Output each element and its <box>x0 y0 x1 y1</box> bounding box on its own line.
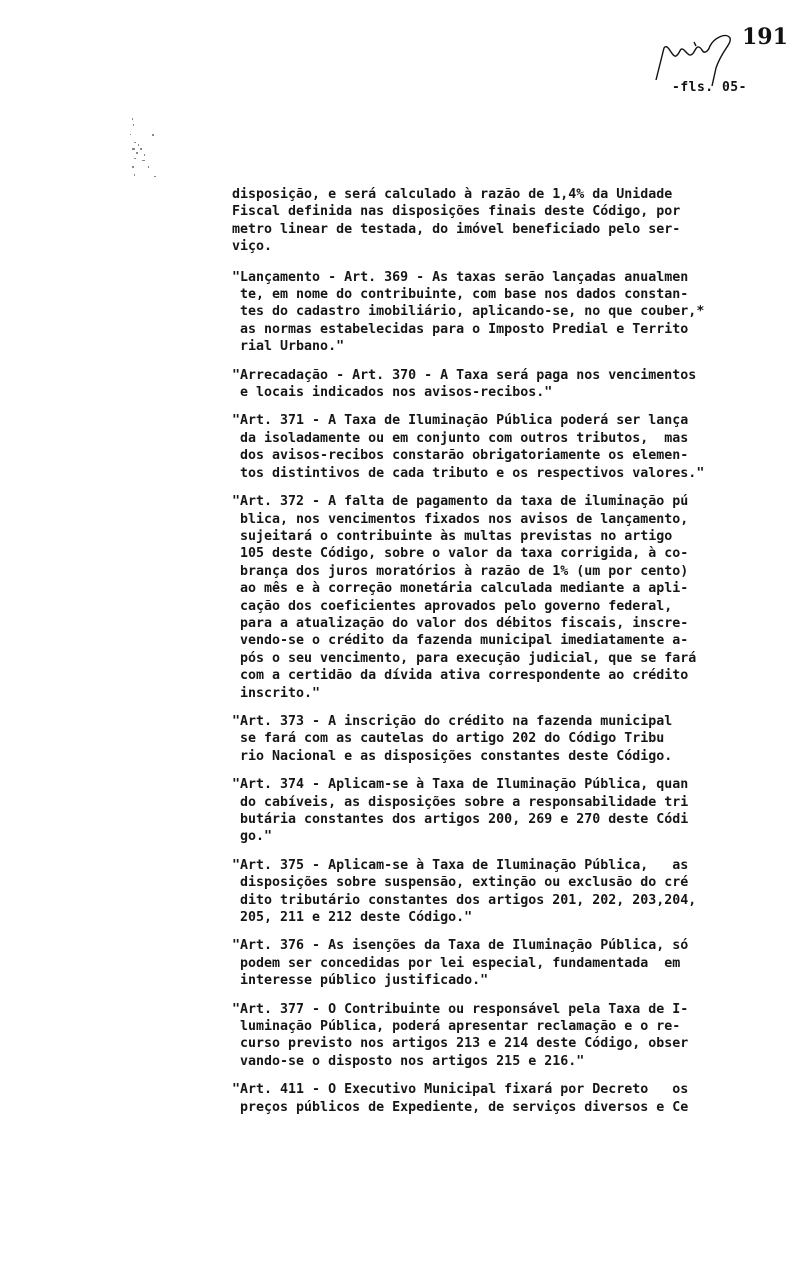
paragraph-art-373: "Art. 373 - A inscrição do crédito na fa… <box>232 713 772 765</box>
text-line: "Art. 377 - O Contribuinte ou responsáve… <box>232 1001 772 1018</box>
text-line: "Art. 374 - Aplicam-se à Taxa de Ilumina… <box>232 776 772 793</box>
text-line: do cabíveis, as disposições sobre a resp… <box>232 794 772 811</box>
text-line: pós o seu vencimento, para execução judi… <box>232 650 772 667</box>
text-line: ao mês e à correção monetária calculada … <box>232 580 772 597</box>
text-line: "Lançamento - Art. 369 - As taxas serão … <box>232 269 772 286</box>
text-line: rio Nacional e as disposições constantes… <box>232 748 772 765</box>
paragraph-art-369: "Lançamento - Art. 369 - As taxas serão … <box>232 269 772 356</box>
text-line: go." <box>232 828 772 845</box>
text-line: butária constantes dos artigos 200, 269 … <box>232 811 772 828</box>
paragraph-art-374: "Art. 374 - Aplicam-se à Taxa de Ilumina… <box>232 776 772 846</box>
paragraph-art-372: "Art. 372 - A falta de pagamento da taxa… <box>232 493 772 702</box>
text-line: interesse público justificado." <box>232 972 772 989</box>
text-line: "Art. 373 - A inscrição do crédito na fa… <box>232 713 772 730</box>
text-line: te, em nome do contribuinte, com base no… <box>232 286 772 303</box>
text-line: curso previsto nos artigos 213 e 214 des… <box>232 1035 772 1052</box>
text-line: disposição, e será calculado à razão de … <box>232 186 772 203</box>
text-line: vendo-se o crédito da fazenda municipal … <box>232 632 772 649</box>
paragraph-art-376: "Art. 376 - As isenções da Taxa de Ilumi… <box>232 937 772 989</box>
text-line: preços públicos de Expediente, de serviç… <box>232 1099 772 1116</box>
signature-initials <box>650 28 745 88</box>
text-line: blica, nos vencimentos fixados nos aviso… <box>232 511 772 528</box>
paragraph-art-377: "Art. 377 - O Contribuinte ou responsáve… <box>232 1001 772 1071</box>
paragraph-art-411: "Art. 411 - O Executivo Municipal fixará… <box>232 1081 772 1116</box>
text-line: "Art. 372 - A falta de pagamento da taxa… <box>232 493 772 510</box>
page-number: 191 <box>742 24 788 50</box>
text-line: viço. <box>232 238 772 255</box>
text-line: cação dos coeficientes aprovados pelo go… <box>232 598 772 615</box>
paragraph-art-370: "Arrecadação - Art. 370 - A Taxa será pa… <box>232 367 772 402</box>
text-line: as normas estabelecidas para o Imposto P… <box>232 321 772 338</box>
text-line: vando-se o disposto nos artigos 215 e 21… <box>232 1053 772 1070</box>
text-line: Fiscal definida nas disposições finais d… <box>232 203 772 220</box>
text-line: dito tributário constantes dos artigos 2… <box>232 892 772 909</box>
paragraph-art-375: "Art. 375 - Aplicam-se à Taxa de Ilumina… <box>232 857 772 927</box>
text-line: 205, 211 e 212 deste Código." <box>232 909 772 926</box>
text-line: metro linear de testada, do imóvel benef… <box>232 221 772 238</box>
text-line: e locais indicados nos avisos-recibos." <box>232 384 772 401</box>
text-line: inscrito." <box>232 685 772 702</box>
text-line: 105 deste Código, sobre o valor da taxa … <box>232 545 772 562</box>
margin-scan-artifact <box>122 118 162 178</box>
paragraph-continuation: disposição, e será calculado à razão de … <box>232 186 772 256</box>
text-line: se fará com as cautelas do artigo 202 do… <box>232 730 772 747</box>
folio-label: -fls. 05- <box>672 80 747 95</box>
text-line: tes do cadastro imobiliário, aplicando-s… <box>232 303 772 320</box>
text-line: tos distintivos de cada tributo e os res… <box>232 465 772 482</box>
text-line: sujeitará o contribuinte às multas previ… <box>232 528 772 545</box>
document-body: disposição, e será calculado à razão de … <box>232 186 772 1127</box>
text-line: disposições sobre suspensão, extinção ou… <box>232 874 772 891</box>
text-line: luminação Pública, poderá apresentar rec… <box>232 1018 772 1035</box>
text-line: "Art. 371 - A Taxa de Iluminação Pública… <box>232 412 772 429</box>
text-line: "Art. 411 - O Executivo Municipal fixará… <box>232 1081 772 1098</box>
paragraph-art-371: "Art. 371 - A Taxa de Iluminação Pública… <box>232 412 772 482</box>
text-line: para a atualização do valor dos débitos … <box>232 615 772 632</box>
text-line: "Art. 375 - Aplicam-se à Taxa de Ilumina… <box>232 857 772 874</box>
text-line: rial Urbano." <box>232 338 772 355</box>
text-line: "Art. 376 - As isenções da Taxa de Ilumi… <box>232 937 772 954</box>
text-line: brança dos juros moratórios à razão de 1… <box>232 563 772 580</box>
text-line: com a certidão da dívida ativa correspon… <box>232 667 772 684</box>
text-line: dos avisos-recibos constarão obrigatoria… <box>232 447 772 464</box>
text-line: da isoladamente ou em conjunto com outro… <box>232 430 772 447</box>
text-line: "Arrecadação - Art. 370 - A Taxa será pa… <box>232 367 772 384</box>
document-page: 191 -fls. 05- disposição, e será calcula… <box>0 0 800 1280</box>
text-line: podem ser concedidas por lei especial, f… <box>232 955 772 972</box>
